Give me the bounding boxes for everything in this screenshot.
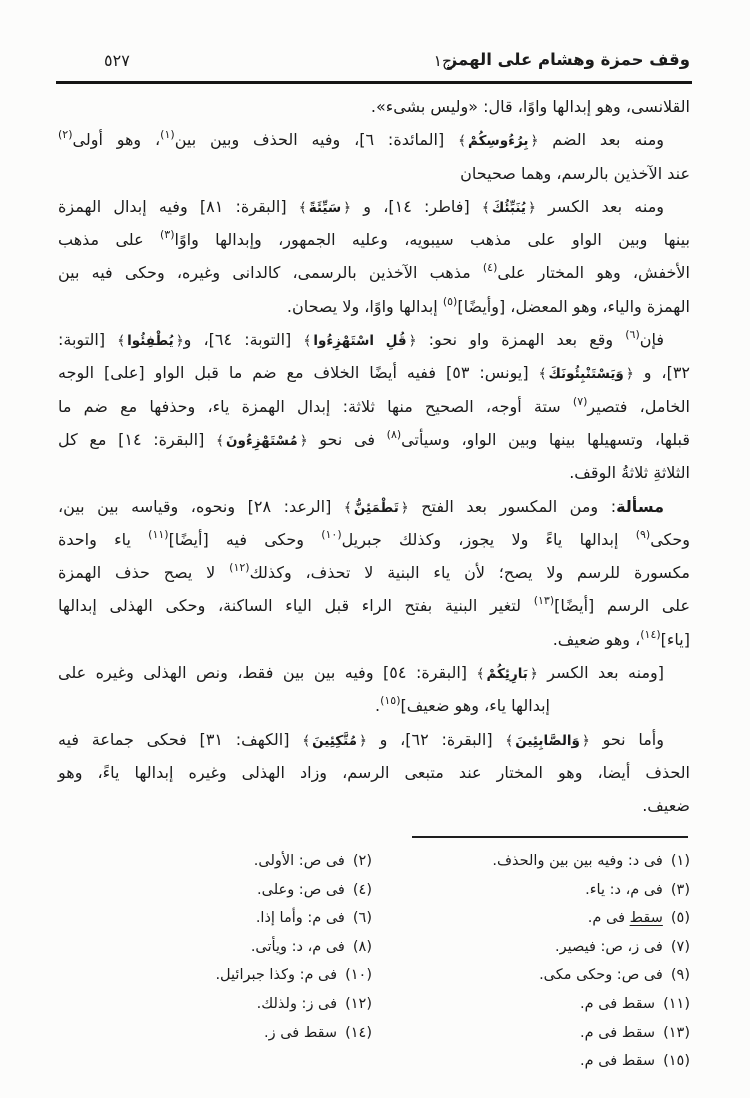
footnote-number: (٩) — [671, 967, 690, 983]
quran-phrase: يُطْفِئُوا — [117, 333, 183, 349]
text-run: [ياء] — [661, 630, 690, 649]
text-run: مكسورة للرسم ولا يصح؛ لأن ياء البنية لا … — [250, 563, 690, 582]
footnote-item: (٤)فى ص: وعلى. — [60, 876, 372, 905]
text-line: مكسورة للرسم ولا يصح؛ لأن ياء البنية لا … — [58, 556, 690, 589]
quran-phrase: مُتَّكِئِينَ — [302, 733, 367, 749]
footnote-number: (٣) — [671, 882, 690, 898]
footnote-text: سقط فى م. — [580, 1053, 655, 1069]
footnote-text: فى ز: ولذلك. — [257, 996, 337, 1012]
footnote-separator — [412, 836, 688, 838]
footnote-item: (١٠)فى م: وكذا جبرائيل. — [60, 961, 372, 990]
footnote-item: (٢)فى ص: الأولى. — [60, 847, 372, 876]
text-line: [ياء](١٤)، وهو ضعيف. — [58, 623, 690, 656]
text-line: فإن(٦) وقع بعد الهمزة واو نحو: قُلِ اسْت… — [58, 323, 690, 356]
footnote-ref: (٢) — [58, 128, 73, 141]
text-run: مذهب الآخذين بالرسمى، كالدانى وغيره، وحك… — [58, 263, 483, 282]
footnote-ref: (١) — [160, 128, 175, 141]
footnote-ref: (١٣) — [534, 594, 554, 607]
bold-keyword: مسألة — [616, 497, 664, 516]
text-run: ، وهو ضعيف. — [553, 630, 641, 649]
text-line: ومنه بعد الضم بِرُءُوسِكُمْ [المائدة: ٦]… — [58, 123, 690, 156]
text-run: إبدالها واوًا، ولا يصحان. — [287, 297, 443, 316]
footnote-number: (١٣) — [663, 1025, 690, 1041]
footnote-number: (٨) — [353, 939, 372, 955]
footnote-ref: (٧) — [573, 395, 588, 408]
footnote-ref: (٤) — [483, 261, 498, 274]
text-run: [التوبة: ٦٤]، و — [184, 330, 304, 349]
text-line: ومنه بعد الكسر يُنَبِّئُكَ [فاطر: ١٤]، و… — [58, 190, 690, 223]
footnote-number: (٧) — [671, 939, 690, 955]
footnote-item: (١٥)سقط فى م. — [405, 1047, 690, 1076]
text-run: [الكهف: ٣١] فحكى جماعة فيه — [58, 730, 302, 749]
text-line: الحذف أيضا، وهو المختار عند متبعى الرسم،… — [58, 756, 690, 789]
footnote-text: سقط فى م. — [580, 1025, 655, 1041]
footnote-ref: (٥) — [443, 295, 458, 308]
text-line: [ومنه بعد الكسر بَارِئِكُمْ [البقرة: ٥٤]… — [58, 656, 690, 689]
footnote-ref: (١٥) — [380, 694, 400, 707]
text-run: [فاطر: ١٤]، و — [351, 197, 482, 216]
footnote-text: سقط فى م. — [580, 996, 655, 1012]
footnote-text: فى ص: الأولى. — [254, 853, 345, 869]
text-run: ومنه بعد الضم — [538, 130, 664, 149]
text-run: وحكى — [650, 530, 690, 549]
footnote-ref: (٣) — [160, 228, 175, 241]
text-run: : ومن المكسور بعد الفتح — [409, 497, 616, 516]
text-line: ٣٢]، و وَيَسْتَنْبِئُونَكَ [يونس: ٥٣] فف… — [58, 356, 690, 389]
text-line: وحكى(٩) إبدالها ياءً ولا يجوز، وكذلك جبر… — [58, 523, 690, 556]
footnote-text: فى ص: وعلى. — [257, 882, 345, 898]
text-line: عند الآخذين بالرسم، وهما صحيحان — [58, 157, 690, 190]
text-line: وأما نحو وَالصَّابِئِينَ [البقرة: ٦٢]، و… — [58, 723, 690, 756]
text-run: وقع بعد الهمزة واو نحو: — [417, 330, 626, 349]
text-run: فى نحو — [308, 430, 387, 449]
text-run: القلانسى، وهو إبدالها واوًا، قال: «وليس … — [371, 97, 690, 116]
text-run: على الرسم [أيضًا] — [554, 596, 690, 615]
text-run: [البقرة: ١٤] مع كل — [58, 430, 216, 449]
text-run: إبدالها ياء، وهو ضعيف] — [400, 696, 550, 715]
text-run: [البقرة: ٥٤] وفيه بين بين فقط، ونص الهذل… — [58, 663, 477, 682]
text-run: الأخفش، وهو المختار على — [497, 263, 690, 282]
footnote-number: (٢) — [353, 853, 372, 869]
footnote-item: (٣)فى م، د: ياء. — [405, 876, 690, 905]
footnote-item: (٧)فى ز، ص: فيصير. — [405, 933, 690, 962]
footnote-number: (١) — [671, 853, 690, 869]
text-run: الخامل، فتصير — [587, 397, 690, 416]
footnote-number: (٥) — [671, 910, 690, 926]
text-run: بينها وبين الواو على مذهب سيبويه، وعليه … — [175, 230, 691, 249]
footnote-item: (١١)سقط فى م. — [405, 990, 690, 1019]
text-line: بينها وبين الواو على مذهب سيبويه، وعليه … — [58, 223, 690, 256]
text-run: [البقرة: ٨١] وفيه إبدال الهمزة — [58, 197, 299, 216]
text-run: [المائدة: ٦]، وفيه الحذف وبين بين — [175, 130, 458, 149]
text-run: عند الآخذين بالرسم، وهما صحيحان — [460, 164, 690, 183]
footnote-number: (١٥) — [663, 1053, 690, 1069]
text-line: ضعيف. — [58, 789, 690, 822]
footnotes-right-column: (١)فى د: وفيه بين بين والحذف.(٣)فى م، د:… — [405, 847, 690, 1076]
footnote-number: (١٤) — [345, 1025, 372, 1041]
quran-phrase: تَطْمَئِنُّ — [344, 500, 409, 516]
footnote-item: (١٤)سقط فى ز. — [60, 1019, 372, 1048]
footnote-text: فى د: وفيه بين بين والحذف. — [492, 853, 662, 869]
text-run: ضعيف. — [642, 796, 690, 815]
text-line: الخامل، فتصير(٧) ستة أوجه، الصحيح منها ث… — [58, 390, 690, 423]
text-line: على الرسم [أيضًا](١٣) لتغير البنية بفتح … — [58, 589, 690, 622]
quran-phrase: يُنَبِّئُكَ — [482, 200, 536, 216]
text-run: [الرعد: ٢٨] ونحوه، وقياسه بين بين، — [58, 497, 344, 516]
text-run: ومنه بعد الكسر — [536, 197, 664, 216]
footnote-number: (١٠) — [345, 967, 372, 983]
text-run: ستة أوجه، الصحيح منها ثلاثة: إبدال الهمز… — [58, 397, 573, 416]
footnote-ref: (١٠) — [321, 528, 341, 541]
text-run: على مذهب — [58, 230, 160, 249]
quran-phrase: مُسْتَهْزِءُونَ — [216, 433, 308, 449]
text-run: الحذف أيضا، وهو المختار عند متبعى الرسم،… — [58, 763, 690, 782]
text-run: ٣٢]، و — [634, 363, 690, 382]
footnote-number: (١٢) — [345, 996, 372, 1012]
text-run: [البقرة: ٦٢]، و — [367, 730, 505, 749]
text-run: الثلاثةِ ثلاثةُ الوقف. — [569, 463, 690, 482]
footnote-number: (١١) — [663, 996, 690, 1012]
footnote-text: فى م: وأما إذا. — [256, 910, 345, 926]
text-run: قبلها، وتسهيلها بينها وبين الواو، وسيأتى — [401, 430, 690, 449]
footnotes-left-column: (٢)فى ص: الأولى.(٤)فى ص: وعلى.(٦)فى م: و… — [60, 847, 372, 1076]
footnote-text: فى ز، ص: فيصير. — [555, 939, 663, 955]
text-run: ياء واحدة — [58, 530, 148, 549]
header-rule — [56, 81, 692, 84]
text-run: الهمزة والياء، وهو المعضل، [وأيضًا] — [457, 297, 690, 316]
text-run: وأما نحو — [590, 730, 664, 749]
footnotes: (١)فى د: وفيه بين بين والحذف.(٣)فى م، د:… — [60, 847, 690, 1076]
quran-phrase: وَيَسْتَنْبِئُونَكَ — [539, 366, 634, 382]
text-run: لتغير البنية بفتح الراء قبل الياء الساكن… — [58, 596, 534, 615]
text-line: الهمزة والياء، وهو المعضل، [وأيضًا](٥) إ… — [58, 290, 690, 323]
footnote-underlined-word: سقط — [630, 910, 663, 926]
text-run: لا يصح حذف الهمزة — [58, 563, 229, 582]
text-line: مسألة: ومن المكسور بعد الفتح تَطْمَئِنُّ… — [58, 490, 690, 523]
text-line: الثلاثةِ ثلاثةُ الوقف. — [58, 456, 690, 489]
footnote-text: سقط فى ز. — [264, 1025, 337, 1041]
footnote-text: فى م. — [588, 910, 630, 926]
footnote-ref: (١٢) — [229, 561, 249, 574]
page-header: وقف حمزة وهشام على الهمز ج١ ٥٢٧ — [56, 50, 690, 78]
text-run: فإن — [640, 330, 664, 349]
text-run: إبدالها ياءً ولا يجوز، وكذلك جبريل — [342, 530, 636, 549]
running-title: وقف حمزة وهشام على الهمز — [448, 50, 690, 69]
quran-phrase: بَارِئِكُمْ — [477, 666, 538, 682]
footnote-item: (٩)فى ص: وحكى مكى. — [405, 961, 690, 990]
footnote-item: (٦)فى م: وأما إذا. — [60, 904, 372, 933]
text-run: [التوبة: — [58, 330, 117, 349]
body-text: القلانسى، وهو إبدالها واوًا، قال: «وليس … — [58, 90, 690, 823]
quran-phrase: سَيِّئَةً — [299, 200, 351, 216]
footnote-text: فى م: وكذا جبرائيل. — [215, 967, 337, 983]
text-run: وحكى فيه [أيضًا] — [169, 530, 322, 549]
text-run: [ومنه بعد الكسر — [538, 663, 664, 682]
quran-phrase: قُلِ اسْتَهْزِءُوا — [303, 333, 416, 349]
footnote-text: فى م، د: ياء. — [585, 882, 663, 898]
text-run: ، وهو أولى — [73, 130, 161, 149]
footnote-text: فى م، د: ويأتى. — [251, 939, 345, 955]
volume-mark: ج١ — [434, 52, 452, 70]
page-number: ٥٢٧ — [104, 51, 130, 70]
text-line: قبلها، وتسهيلها بينها وبين الواو، وسيأتى… — [58, 423, 690, 456]
footnote-item: (١)فى د: وفيه بين بين والحذف. — [405, 847, 690, 876]
text-run: [يونس: ٥٣] ففيه أيضًا الخلاف مع ضم ما قب… — [58, 363, 539, 382]
quran-phrase: وَالصَّابِئِينَ — [505, 733, 590, 749]
footnote-item: (٥)سقط فى م. — [405, 904, 690, 933]
text-line: الأخفش، وهو المختار على(٤) مذهب الآخذين … — [58, 256, 690, 289]
text-line: إبدالها ياء، وهو ضعيف](١٥). — [58, 689, 690, 722]
footnote-ref: (٩) — [636, 528, 651, 541]
footnote-text: فى ص: وحكى مكى. — [539, 967, 663, 983]
footnote-ref: (٨) — [387, 428, 402, 441]
footnote-ref: (١١) — [148, 528, 168, 541]
footnote-ref: (٦) — [625, 328, 640, 341]
book-page: وقف حمزة وهشام على الهمز ج١ ٥٢٧ القلانسى… — [0, 0, 750, 1098]
footnote-number: (٦) — [353, 910, 372, 926]
quran-phrase: بِرُءُوسِكُمْ — [458, 133, 538, 149]
text-line: القلانسى، وهو إبدالها واوًا، قال: «وليس … — [58, 90, 690, 123]
footnote-number: (٤) — [353, 882, 372, 898]
footnote-ref: (١٤) — [640, 628, 660, 641]
footnote-item: (٨)فى م، د: ويأتى. — [60, 933, 372, 962]
footnote-item: (١٣)سقط فى م. — [405, 1019, 690, 1048]
footnote-item: (١٢)فى ز: ولذلك. — [60, 990, 372, 1019]
